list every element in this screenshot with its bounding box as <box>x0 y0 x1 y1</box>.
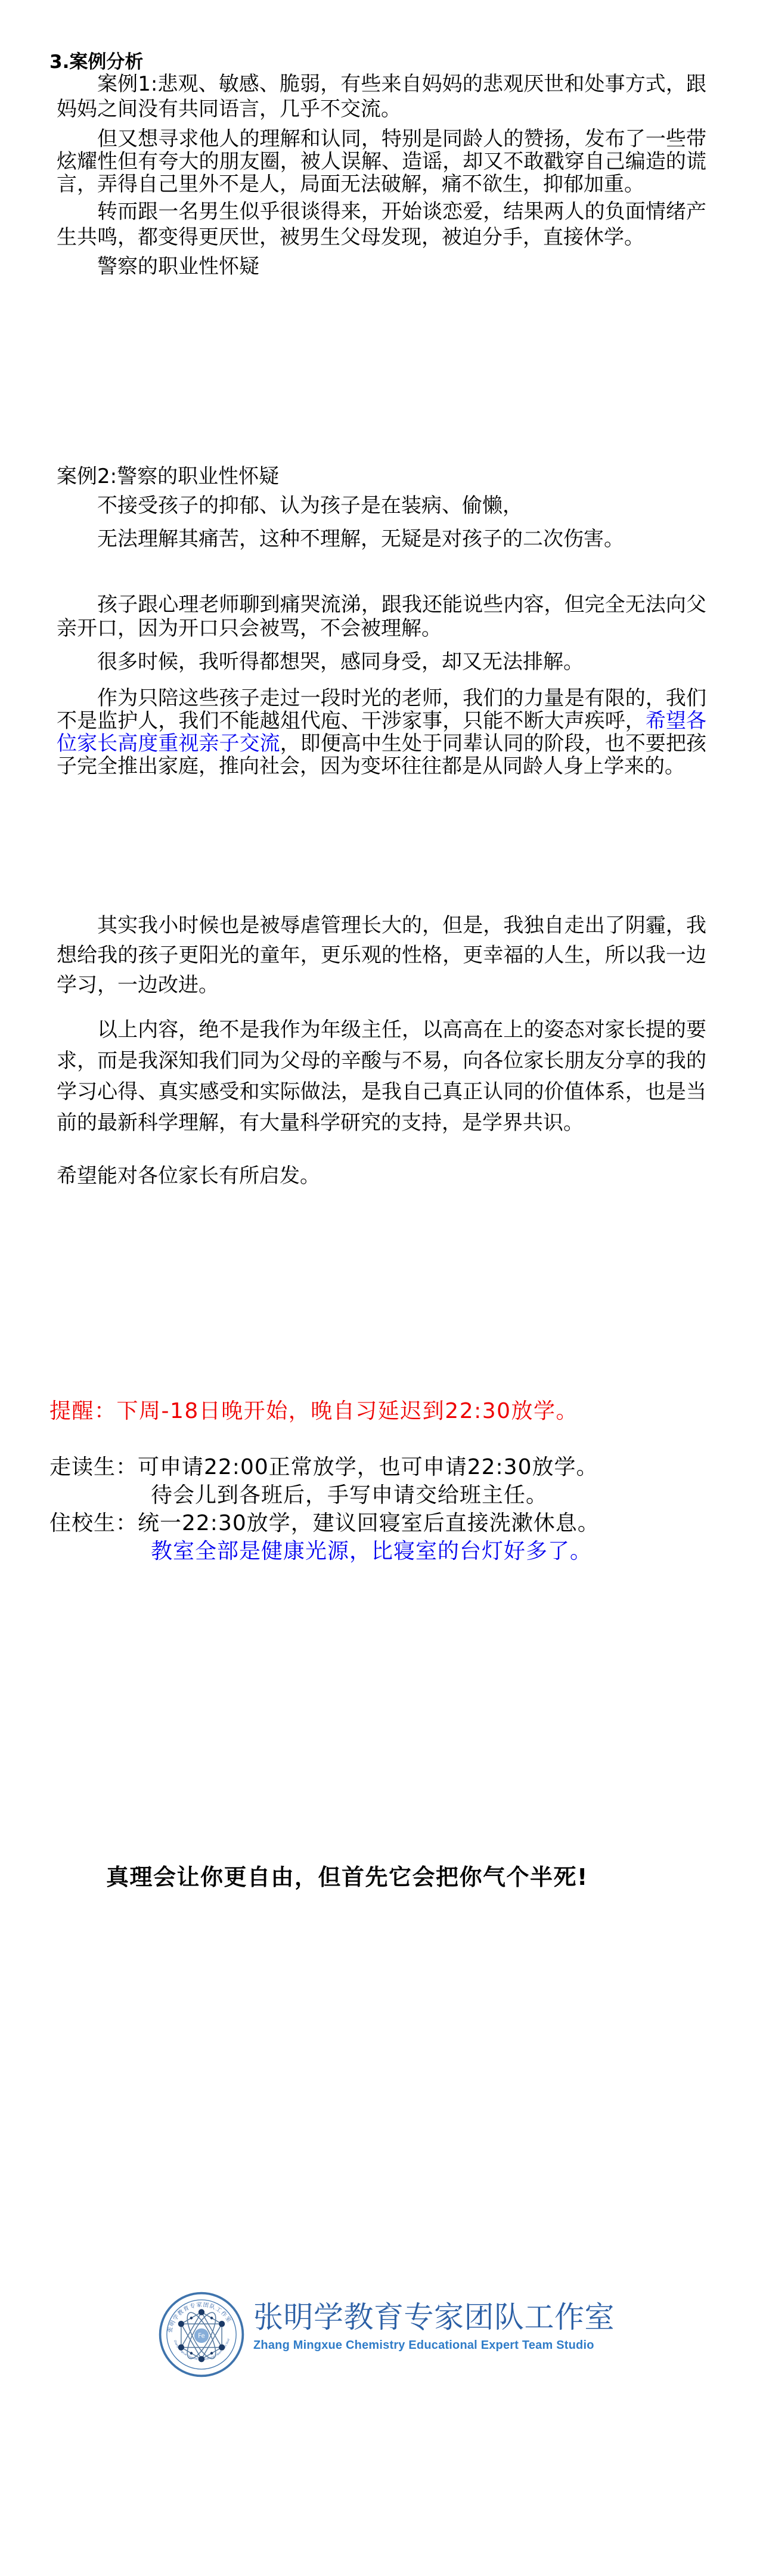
notice-application-line: 待会儿到各班后，手写申请交给班主任。 <box>49 1481 741 1509</box>
section-heading: 3.案例分析 <box>49 47 143 73</box>
closing-quote: 真理会让你更自由，但首先它会把你气个半死! <box>106 1859 588 1891</box>
notice-boarding-students-line: 住校生：统一22:30放学，建议回寝室后直接洗漱休息。 <box>49 1509 741 1537</box>
case2-paragraph-4: 很多时候，我听得都想哭，感同身受，却又无法排解。 <box>57 649 706 674</box>
case1-paragraph-2: 但又想寻求他人的理解和认同，特别是同龄人的赞扬，发布了一些带炫耀性但有夸大的朋友… <box>57 128 706 196</box>
case1-paragraph-4: 警察的职业性怀疑 <box>57 254 706 279</box>
studio-seal-icon: 张明学教育专家团队工作室 Zhang Mingxue Chemistry Edu… <box>157 2290 246 2379</box>
case1-paragraph-3: 转而跟一名男生似乎很谈得来，开始谈恋爱，结果两人的负面情绪产生共鸣，都变得更厌世… <box>57 199 706 250</box>
reflection-paragraph-2: 以上内容，绝不是我作为年级主任，以高高在上的姿态对家长提的要求，而是我深知我们同… <box>57 1014 706 1138</box>
reflection-paragraph-1: 其实我小时候也是被辱虐管理长大的，但是，我独自走出了阴霾，我想给我的孩子更阳光的… <box>57 911 706 1000</box>
case2-paragraph-3: 孩子跟心理老师聊到痛哭流涕，跟我还能说些内容，但完全无法向父亲开口，因为开口只会… <box>57 593 706 640</box>
dismissal-notice-block: 走读生：可申请22:00正常放学，也可申请22:30放学。 待会儿到各班后，手写… <box>49 1453 741 1565</box>
seal-center-label: Fe <box>198 2333 205 2340</box>
studio-logo: 张明学教育专家团队工作室 Zhang Mingxue Chemistry Edu… <box>157 2290 615 2379</box>
case1-paragraph-1: 案例1:悲观、敏感、脆弱，有些来自妈妈的悲观厌世和处事方式，跟妈妈之间没有共同语… <box>57 72 706 122</box>
notice-day-students-line: 走读生：可申请22:00正常放学，也可申请22:30放学。 <box>49 1453 741 1481</box>
studio-title-cn: 张明学教育专家团队工作室 <box>253 2301 615 2334</box>
case2-p5-text-before: 作为只陪这些孩子走过一段时光的老师，我们的力量是有限的，我们不是监护人，我们不能… <box>57 686 706 733</box>
seal-arc-top-text: 张明学教育专家团队工作室 <box>167 2301 234 2333</box>
case2-title: 案例2:警察的职业性怀疑 <box>57 464 706 489</box>
notice-lighting-line: 教室全部是健康光源，比寝室的台灯好多了。 <box>49 1537 741 1565</box>
document-page: 3.案例分析 案例1:悲观、敏感、脆弱，有些来自妈妈的悲观厌世和处事方式，跟妈妈… <box>0 0 763 2576</box>
case2-paragraph-2: 无法理解其痛苦，这种不理解，无疑是对孩子的二次伤害。 <box>57 527 706 552</box>
reflection-closing-line: 希望能对各位家长有所启发。 <box>57 1163 706 1188</box>
reminder-alert-line: 提醒：下周-18日晚开始，晚自习延迟到22:30放学。 <box>49 1394 729 1425</box>
studio-logo-text: 张明学教育专家团队工作室 Zhang Mingxue Chemistry Edu… <box>253 2290 615 2352</box>
case2-paragraph-5: 作为只陪这些孩子走过一段时光的老师，我们的力量是有限的，我们不是监护人，我们不能… <box>57 687 706 778</box>
studio-subtitle-en: Zhang Mingxue Chemistry Educational Expe… <box>253 2339 615 2352</box>
case2-paragraph-1: 不接受孩子的抑郁、认为孩子是在装病、偷懒， <box>57 493 706 518</box>
